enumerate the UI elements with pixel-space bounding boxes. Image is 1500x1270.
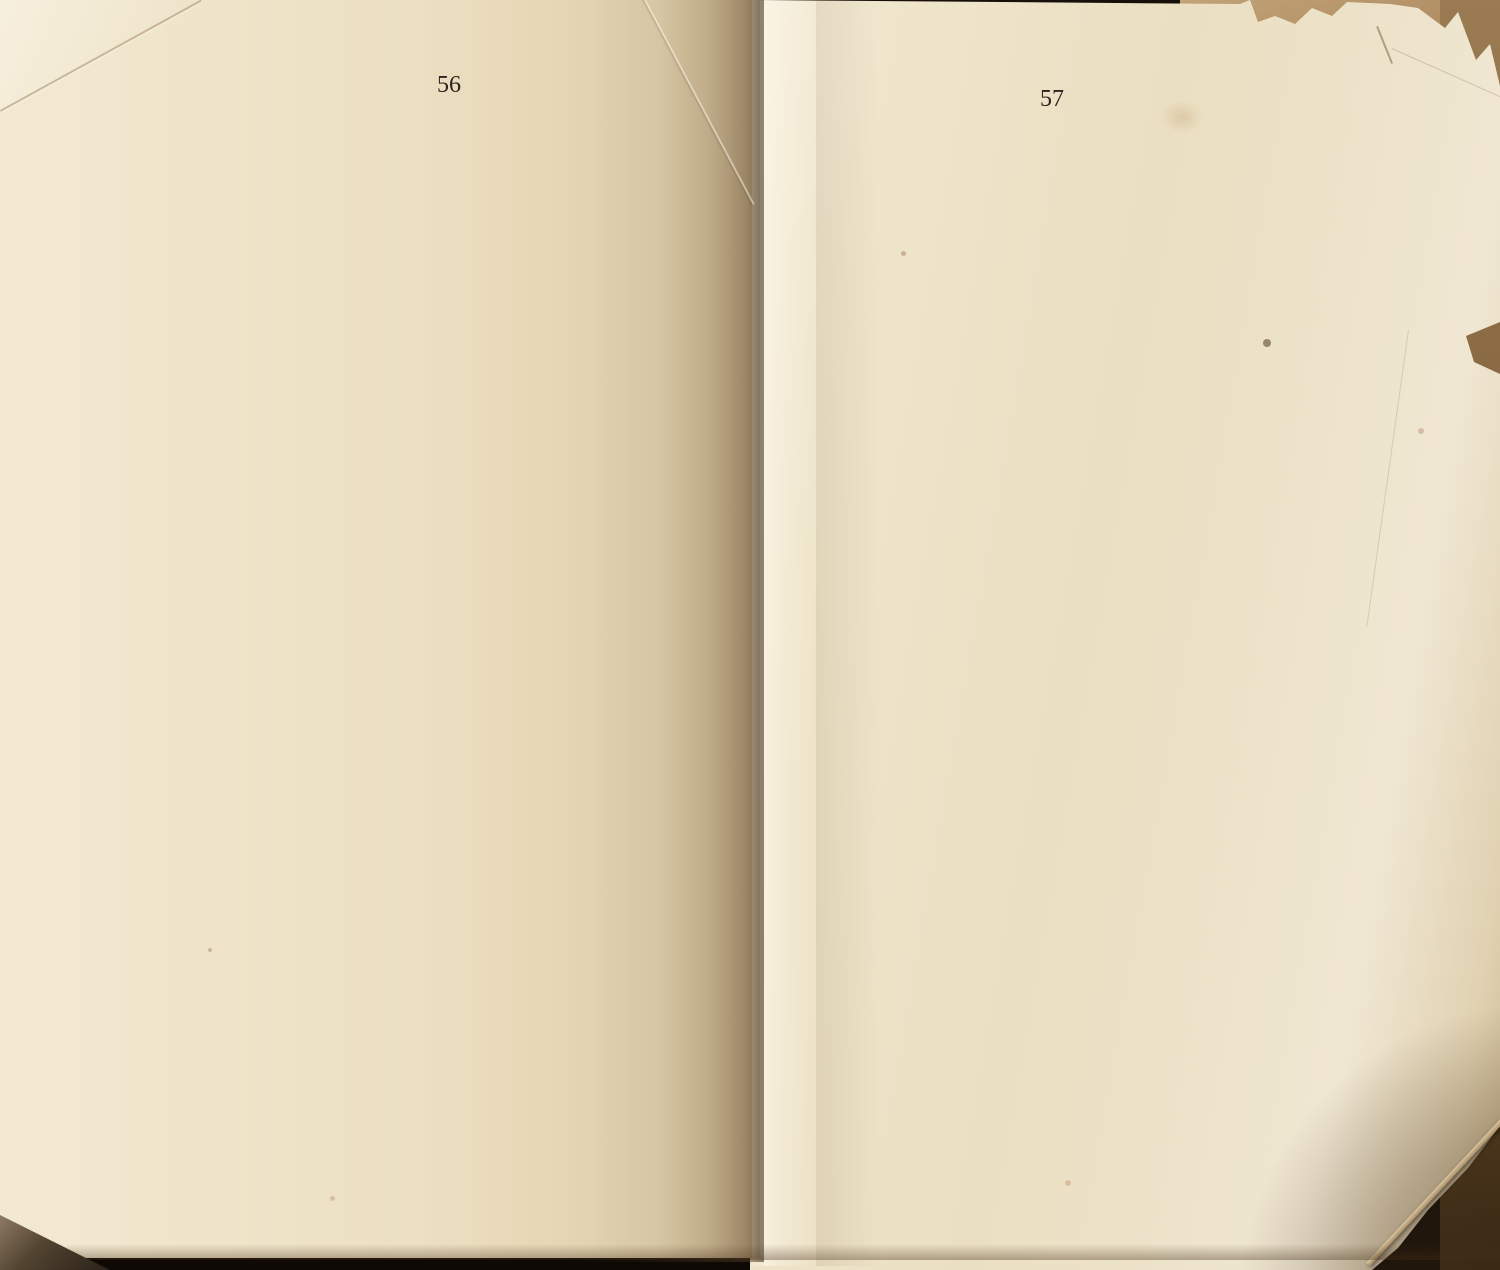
page-bottom-shadow	[0, 1244, 1500, 1260]
corner-curl-shadow	[1200, 1000, 1500, 1270]
paper-stain	[1160, 100, 1204, 134]
paper-stain	[1418, 428, 1424, 434]
page-number-left: 56	[437, 72, 461, 99]
paper-stain	[330, 1196, 335, 1201]
gutter-shadow	[588, 0, 764, 1262]
paper-stain	[208, 948, 212, 952]
page-number-right: 57	[1040, 86, 1064, 113]
gutter-highlight	[764, 0, 816, 1266]
paper-stain	[1263, 339, 1271, 347]
gutter-soft-shadow	[816, 0, 880, 1266]
book-scan: { "document_type": "Scanned antique book…	[0, 0, 1500, 1270]
paper-stain	[1065, 1180, 1071, 1186]
paper-stain	[901, 251, 906, 256]
